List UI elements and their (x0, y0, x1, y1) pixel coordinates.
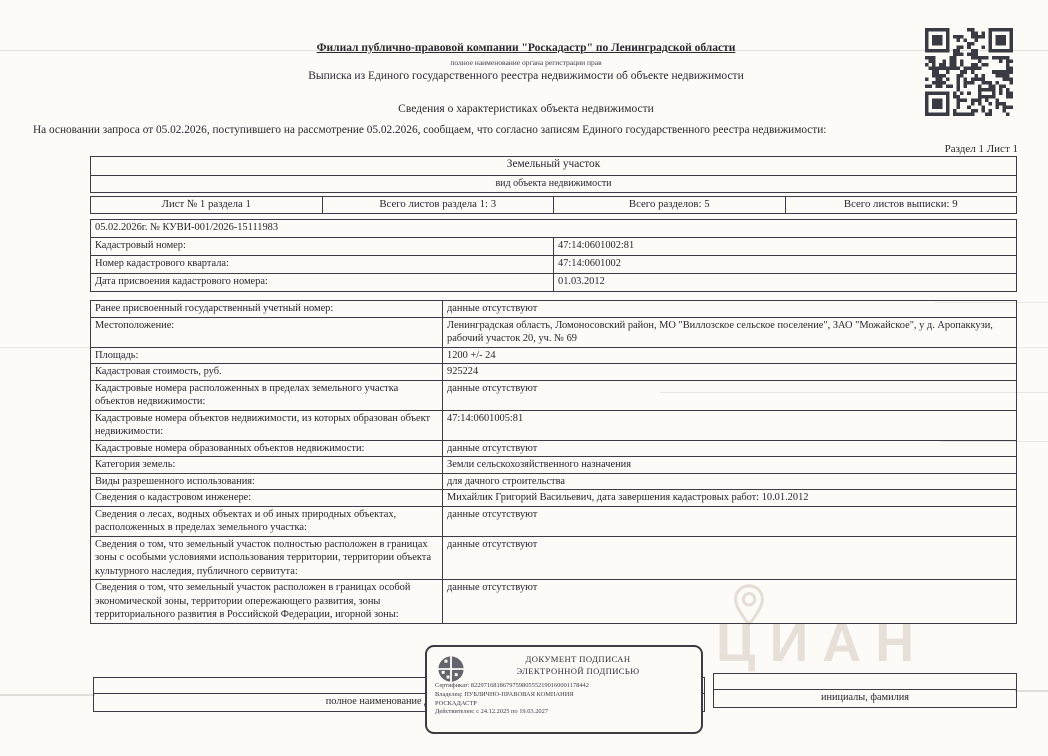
cadastral-id-table: 05.02.2026г. № КУВИ-001/2026-15111983 Ка… (90, 219, 1017, 292)
sheet-info-cell: Всего листов раздела 1: 3 (322, 197, 554, 214)
row-value: данные отсутствуют (443, 536, 1017, 580)
object-kind-caption: вид объекта недвижимости (91, 176, 1017, 193)
scan-artifact-line (0, 694, 95, 696)
row-label: Сведения о том, что земельный участок по… (91, 536, 443, 580)
electronic-signature-stamp: ДОКУМЕНТ ПОДПИСАН ЭЛЕКТРОННОЙ ПОДПИСЬЮ С… (425, 645, 703, 734)
table-row: Сведения о кадастровом инженере: Михайли… (91, 490, 1017, 507)
object-kind-table: Земельный участок вид объекта недвижимос… (90, 156, 1017, 193)
table-row: Лист № 1 раздела 1 Всего листов раздела … (91, 197, 1017, 214)
table-row: Кадастровые номера объектов недвижимости… (91, 410, 1017, 440)
stamp-validity: Действителен: с 24.12.2025 по 19.03.2027 (435, 708, 693, 717)
row-value: 925224 (443, 364, 1017, 381)
egrn-extract-document: ЦИАН Филиал публично-правовой компании "… (0, 0, 1048, 756)
signature-name-caption: инициалы, фамилия (714, 690, 1016, 703)
row-value: 47:14:0601002 (554, 256, 1017, 274)
table-row: Кадастровые номера расположенных в преде… (91, 380, 1017, 410)
table-row: Номер кадастрового квартала: 47:14:06010… (91, 256, 1017, 274)
row-label: Сведения о лесах, водных объектах и об и… (91, 506, 443, 536)
row-value: Михайлик Григорий Васильевич, дата завер… (443, 490, 1017, 507)
signature-name-box: инициалы, фамилия (713, 673, 1017, 708)
table-row: 05.02.2026г. № КУВИ-001/2026-15111983 (91, 220, 1017, 238)
row-label: Сведения о кадастровом инженере: (91, 490, 443, 507)
row-value: данные отсутствуют (443, 301, 1017, 318)
stamp-title-line2: ЭЛЕКТРОННОЙ ПОДПИСЬЮ (435, 665, 693, 677)
row-label: Сведения о том, что земельный участок ра… (91, 580, 443, 624)
row-label: Площадь: (91, 347, 443, 364)
row-value: 1200 +/- 24 (443, 347, 1017, 364)
row-label: Кадастровая стоимость, руб. (91, 364, 443, 381)
row-value: данные отсутствуют (443, 380, 1017, 410)
table-row: Ранее присвоенный государственный учетны… (91, 301, 1017, 318)
request-basis-line: На основании запроса от 05.02.2026, пост… (33, 124, 1025, 136)
sheet-info-cell: Лист № 1 раздела 1 (91, 197, 323, 214)
table-row: Кадастровые номера образованных объектов… (91, 440, 1017, 457)
row-value: для дачного строительства (443, 473, 1017, 490)
row-label: Кадастровый номер: (91, 238, 554, 256)
section-sheet-label: Раздел 1 Лист 1 (945, 143, 1018, 155)
row-value: 47:14:0601002:81 (554, 238, 1017, 256)
row-value: данные отсутствуют (443, 580, 1017, 624)
row-label: Кадастровые номера объектов недвижимости… (91, 410, 443, 440)
table-row: Сведения о том, что земельный участок ра… (91, 580, 1017, 624)
table-row: Местоположение: Ленинградская область, Л… (91, 317, 1017, 347)
row-value: Ленинградская область, Ломоносовский рай… (443, 317, 1017, 347)
document-title: Выписка из Единого государственного реес… (34, 70, 1018, 82)
table-row: Виды разрешенного использования: для дач… (91, 473, 1017, 490)
characteristics-table: Ранее присвоенный государственный учетны… (90, 300, 1017, 624)
scan-artifact-line (1015, 690, 1048, 692)
row-value: данные отсутствуют (443, 506, 1017, 536)
table-row: Сведения о том, что земельный участок по… (91, 536, 1017, 580)
table-row: Площадь: 1200 +/- 24 (91, 347, 1017, 364)
table-row: Кадастровая стоимость, руб. 925224 (91, 364, 1017, 381)
table-row: Категория земель: Земли сельскохозяйстве… (91, 457, 1017, 474)
row-value: 47:14:0601005:81 (443, 410, 1017, 440)
stamp-certificate: Сертификат: 8229716818679759805552190160… (435, 682, 693, 691)
roskadastr-logo-icon (437, 655, 465, 683)
signature-space (714, 674, 1016, 690)
stamp-owner: Владелец: ПУБЛИЧНО-ПРАВОВАЯ КОМПАНИЯ (435, 691, 693, 700)
row-label: Кадастровые номера образованных объектов… (91, 440, 443, 457)
table-row: Земельный участок (91, 157, 1017, 176)
row-label: Кадастровые номера расположенных в преде… (91, 380, 443, 410)
sheet-info-cell: Всего листов выписки: 9 (785, 197, 1017, 214)
object-kind-value: Земельный участок (91, 157, 1017, 176)
row-value: Земли сельскохозяйственного назначения (443, 457, 1017, 474)
row-label: Виды разрешенного использования: (91, 473, 443, 490)
section-title: Сведения о характеристиках объекта недви… (34, 103, 1018, 115)
row-label: Номер кадастрового квартала: (91, 256, 554, 274)
row-label: Местоположение: (91, 317, 443, 347)
table-row: Дата присвоения кадастрового номера: 01.… (91, 274, 1017, 292)
row-label: Ранее присвоенный государственный учетны… (91, 301, 443, 318)
table-row: вид объекта недвижимости (91, 176, 1017, 193)
stamp-title-line1: ДОКУМЕНТ ПОДПИСАН (435, 653, 693, 665)
sheet-info-table: Лист № 1 раздела 1 Всего листов раздела … (90, 196, 1017, 214)
row-value: данные отсутствуют (443, 440, 1017, 457)
request-number: 05.02.2026г. № КУВИ-001/2026-15111983 (91, 220, 1017, 238)
table-row: Сведения о лесах, водных объектах и об и… (91, 506, 1017, 536)
table-row: Кадастровый номер: 47:14:0601002:81 (91, 238, 1017, 256)
row-value: 01.03.2012 (554, 274, 1017, 292)
stamp-owner-2: РОСКАДАСТР (435, 700, 693, 709)
sheet-info-cell: Всего разделов: 5 (554, 197, 786, 214)
row-label: Категория земель: (91, 457, 443, 474)
row-label: Дата присвоения кадастрового номера: (91, 274, 554, 292)
org-name: Филиал публично-правовой компании "Роска… (34, 42, 1018, 54)
org-name-caption: полное наименование органа регистрации п… (34, 58, 1018, 67)
